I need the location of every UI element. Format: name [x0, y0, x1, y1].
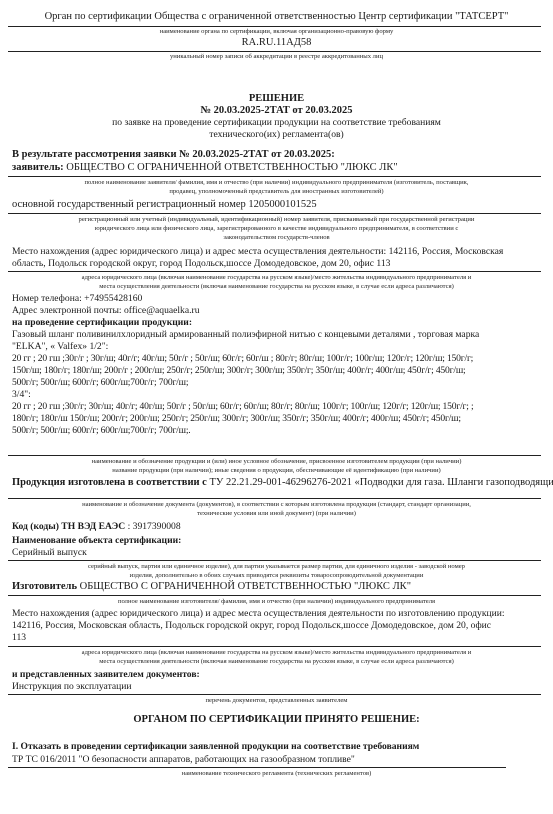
divider: [8, 595, 541, 596]
manufacturer-label: Изготовитель: [12, 581, 77, 592]
divider: [8, 51, 541, 52]
product-sizes-half-inch: 150г/ш; 180г/г; 180г/ш; 200г/г ; 200г/ш;…: [12, 365, 465, 376]
standard-line: Продукция изготовлена в соответствии с Т…: [12, 477, 553, 489]
product-sizes-three-quarter: 180г/г; 180г/ш 150г/ш; 200г/г; 200г/ш; 2…: [12, 413, 461, 424]
caption: изделия, дополнительно в обоих случаях п…: [0, 572, 553, 581]
manufacturer-value: ОБЩЕСТВО С ОГРАНИЧЕННОЙ ОТВЕТСТВЕННОСТЬЮ…: [80, 581, 411, 592]
manufacturer-line: Изготовитель ОБЩЕСТВО С ОГРАНИЧЕННОЙ ОТВ…: [12, 581, 411, 593]
caption: места осуществления деятельности (включа…: [0, 283, 553, 292]
caption: регистрационный или учетный (индивидуаль…: [0, 216, 553, 225]
certification-body-name: Орган по сертификации Общества с огранич…: [0, 11, 553, 23]
caption: перечень документов, представленных заяв…: [0, 697, 553, 706]
three-quarter-label: 3/4":: [12, 389, 31, 400]
caption: наименование органа по сертификации, вкл…: [0, 28, 553, 37]
divider: [8, 455, 541, 456]
caption: название продукции (при наличии); иные с…: [0, 467, 553, 476]
object-value: Серийный выпуск: [12, 547, 87, 558]
applicant-value: ОБЩЕСТВО С ОГРАНИЧЕННОЙ ОТВЕТСТВЕННОСТЬЮ…: [66, 162, 397, 173]
documents-value: Инструкция по эксплуатации: [12, 681, 132, 692]
hs-code-label: Код (коды) ТН ВЭД ЕАЭС: [12, 521, 125, 532]
product-sizes-three-quarter: 500г/г; 500г/ш; 600г/г; 600г/ш;700г/г; 7…: [12, 425, 191, 436]
divider: [8, 646, 541, 647]
caption: адреса юридического лица (включая наимен…: [0, 649, 553, 658]
applicant-label: заявитель:: [12, 162, 64, 173]
caption: наименование и обозначение продукции и (…: [0, 458, 553, 467]
product-sizes-half-inch: 20 гг ; 20 гш ;30г/г ; 30г/ш; 40г/г; 40г…: [12, 353, 473, 364]
caption: полное наименование изготовителя/ фамили…: [0, 598, 553, 607]
manufacturer-address: Место нахождения (адрес юридического лиц…: [12, 608, 505, 619]
divider: [8, 560, 541, 561]
accreditation-number: RA.RU.11АД58: [0, 37, 553, 49]
title-subtitle: по заявке на проведение сертификации про…: [0, 117, 553, 128]
divider: [8, 694, 541, 695]
hs-code-line: Код (коды) ТН ВЭД ЕАЭС : 3917390008: [12, 521, 181, 532]
applicant-address: Место нахождения (адрес юридического лиц…: [12, 246, 503, 257]
title-subtitle: технического(их) регламента(ов): [0, 129, 553, 140]
divider: [8, 498, 541, 499]
standard-label: Продукция изготовлена в соответствии с: [12, 477, 207, 488]
caption: полное наименование заявителя/ фамилия, …: [0, 179, 553, 188]
caption: адреса юридического лица (включая наимен…: [0, 274, 553, 283]
documents-label: и представленных заявителем документов:: [12, 669, 200, 680]
hs-code-value: : 3917390008: [128, 521, 181, 532]
document-title: РЕШЕНИЕ: [0, 93, 553, 105]
divider: [8, 176, 541, 177]
product-label: на проведение сертификации продукции:: [12, 317, 192, 328]
phone-number: Номер телефона: +74955428160: [12, 293, 142, 304]
product-brand: "ELKA", « Valfex» 1/2":: [12, 341, 108, 352]
divider: [8, 767, 506, 768]
caption: продавец, уполномоченный представитель д…: [0, 188, 553, 197]
caption: наименование технического регламента (те…: [0, 770, 553, 779]
standard-value: ТУ 22.21.29-001-46296276-2021 «Подводки …: [209, 477, 553, 488]
decision-item: I. Отказать в проведении сертификации за…: [12, 741, 419, 752]
divider: [8, 271, 541, 272]
divider: [8, 213, 541, 214]
caption: уникальный номер записи об аккредитации …: [0, 53, 553, 62]
caption: наименование и обозначение документа (до…: [0, 501, 553, 510]
result-line: В результате рассмотрения заявки № 20.03…: [12, 149, 335, 161]
manufacturer-address: 113: [12, 632, 26, 643]
applicant-line: заявитель: ОБЩЕСТВО С ОГРАНИЧЕННОЙ ОТВЕТ…: [12, 162, 398, 174]
certification-decision-page: Орган по сертификации Общества с огранич…: [0, 0, 553, 814]
divider: [8, 26, 541, 27]
ogrn: основной государственный регистрационный…: [12, 199, 317, 211]
email-address: Адрес электронной почты: office@aquaelka…: [12, 305, 200, 316]
manufacturer-address: 142116, Россия, Московская область, Подо…: [12, 620, 491, 631]
caption: серийный выпуск, партия или единичное из…: [0, 563, 553, 572]
caption: законодательством государств-членов: [0, 234, 553, 243]
caption: технические условия или иной документ) (…: [0, 510, 553, 519]
product-description: Газовый шланг поливинилхлоридный армиров…: [12, 329, 479, 340]
caption: юридического лица или физического лица, …: [0, 225, 553, 234]
object-label: Наименование объекта сертификации:: [12, 535, 181, 546]
decision-number: № 20.03.2025-2ТАТ от 20.03.2025: [0, 105, 553, 117]
technical-regulation: ТР ТС 016/2011 "О безопасности аппаратов…: [12, 754, 355, 765]
product-sizes-three-quarter: 20 гг ; 20 гш ;30г/г; 30г/ш; 40г/г; 40г/…: [12, 401, 473, 412]
applicant-address: область, Подольск городской округ, город…: [12, 258, 390, 269]
product-sizes-half-inch: 500г/г; 500г/ш; 600г/г; 600г/ш;700г/г; 7…: [12, 377, 188, 388]
caption: места осуществления деятельности (включа…: [0, 658, 553, 667]
decision-heading: ОРГАНОМ ПО СЕРТИФИКАЦИИ ПРИНЯТО РЕШЕНИЕ:: [0, 714, 553, 726]
